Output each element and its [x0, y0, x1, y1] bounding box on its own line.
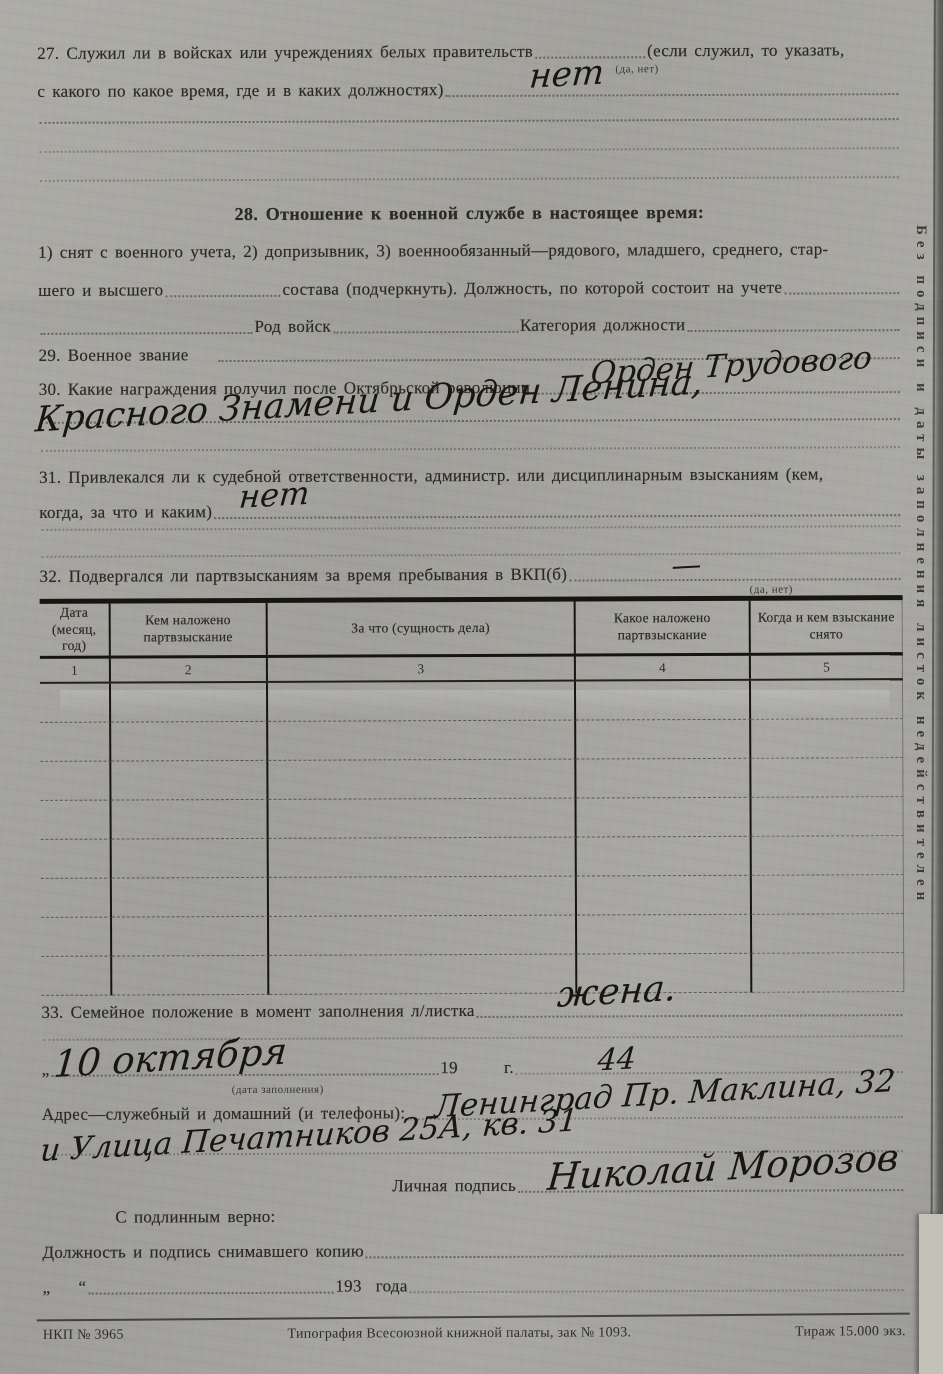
- question-28-line3: Род войск Категория должности: [38, 314, 901, 338]
- q32-hint-da-net: (да, нет): [750, 584, 793, 596]
- table-cell: [752, 875, 904, 915]
- table-cell: [41, 840, 112, 879]
- table-cell: [577, 837, 752, 877]
- blank-line: [687, 329, 899, 332]
- col-number: 5: [751, 655, 903, 679]
- open-quote: „: [42, 1060, 50, 1080]
- q27-text: 27. Служил ли в войсках или учреждениях …: [37, 42, 533, 64]
- scanned-form-page: 27. Служил ли в войсках или учреждениях …: [0, 0, 943, 1374]
- certified-label: С подлинным верно:: [115, 1207, 275, 1228]
- table-cell: [751, 719, 903, 759]
- page-edge-paper: [919, 1214, 943, 1374]
- question-31-line1: 31. Привлекался ли к судебной ответствен…: [39, 464, 902, 488]
- table-cell: [269, 916, 577, 956]
- blank-line: [41, 525, 900, 531]
- blank-line: [41, 552, 900, 558]
- table-cell: [41, 957, 112, 996]
- blank-line: [88, 1292, 333, 1295]
- table-cell: [751, 758, 903, 798]
- year-printed-prefix: 19: [440, 1058, 458, 1078]
- certified-row: С подлинным верно:: [115, 1204, 905, 1227]
- table-cell: [41, 918, 112, 957]
- blank-line: [40, 332, 252, 335]
- q30-handwritten-line2: Красного Знамени и Орден Ленина,: [34, 365, 704, 438]
- q33-label: 33. Семейное положение в момент заполнен…: [41, 1001, 474, 1023]
- table-number-row: 1 2 3 4 5: [40, 655, 903, 684]
- table-cell: [112, 956, 269, 996]
- table-cell: [577, 876, 752, 916]
- question-28-line1: 1) снят с военного учета, 2) допризывник…: [38, 239, 901, 263]
- q28-heading-text: 28. Отношение к военной службе в настоящ…: [235, 202, 705, 225]
- table-cell: [111, 683, 268, 723]
- table-row: [41, 836, 904, 879]
- table-cell: [577, 915, 752, 955]
- blank-line: [446, 93, 899, 97]
- table-cell: [268, 838, 576, 878]
- table-header-reason: За что (сущность дела): [267, 602, 575, 655]
- question-27-line1: 27. Служил ли в войсках или учреждениях …: [37, 40, 900, 64]
- table-cell: [268, 682, 576, 722]
- fill-date-caption: (дата заполнения): [232, 1084, 324, 1096]
- table-cell: [40, 801, 111, 840]
- q28-rod-voysk-label: Род войск: [254, 317, 331, 337]
- q27-text2: с какого по какое время, где и в каких д…: [37, 80, 443, 102]
- table-row: [40, 719, 903, 762]
- table-cell: [40, 684, 111, 723]
- table-cell: [41, 879, 112, 918]
- table-cell: [268, 721, 576, 761]
- q31-handwritten-answer: нет: [238, 477, 311, 513]
- table-cell: [752, 836, 904, 876]
- table-row: [41, 953, 904, 996]
- table-header-row: Дата (месяц, год) Кем наложено партвзыск…: [40, 600, 903, 659]
- table-cell: [752, 914, 904, 954]
- col-number: 4: [576, 656, 751, 680]
- empty-ruled-line: [38, 147, 901, 156]
- party-penalties-table: Дата (месяц, год) Кем наложено партвзыск…: [40, 595, 905, 996]
- q27-handwritten-answer: нет: [528, 55, 605, 93]
- table-header-imposed-by: Кем наложено партвзыскание: [110, 603, 267, 656]
- footer-printing-house: Типография Всесоюзной книжной палаты, за…: [124, 1325, 795, 1344]
- blank-line: [569, 578, 900, 581]
- year-suffix: г.: [504, 1058, 514, 1078]
- table-cell: [752, 797, 904, 837]
- copy-date-row: „ “ 193 года: [43, 1274, 906, 1298]
- table-cell: [40, 762, 111, 801]
- q28-line2-start: шего и высшего: [38, 280, 163, 301]
- table-cell: [576, 759, 751, 799]
- blank-line: [214, 514, 900, 519]
- blank-line: [477, 1014, 903, 1018]
- q27-hint-da-net: (да, нет): [615, 63, 658, 75]
- table-row: [40, 797, 903, 840]
- table-header-penalty: Какое наложено партвзыскание: [576, 601, 751, 654]
- copyist-row: Должность и подпись снимавшего копию: [42, 1239, 905, 1263]
- blank-line: [40, 176, 899, 182]
- blank-line: [784, 292, 899, 295]
- q28-line2-mid: состава (подчеркнуть). Должность, по кот…: [282, 278, 782, 300]
- table-cell: [111, 800, 268, 840]
- question-31-line2: когда, за что и каким): [39, 499, 902, 523]
- table-cell: [111, 761, 268, 801]
- q31-line1-text: 31. Привлекался ли к судебной ответствен…: [39, 464, 823, 487]
- table-row: [41, 914, 904, 957]
- empty-ruled-line: [39, 525, 902, 534]
- q32-label: 32. Подвергался ли партвзысканиям за вре…: [39, 565, 567, 587]
- footer-print-run: Тираж 15.000 экз.: [795, 1324, 906, 1340]
- table-row: [40, 680, 903, 723]
- blank-line: [40, 147, 899, 153]
- form-content: 27. Служил ли в войсках или учреждениях …: [0, 0, 943, 1374]
- scan-edge-shadow: [933, 0, 943, 1374]
- q27-text-tail: (если служил, то указать,: [647, 40, 844, 61]
- table-cell: [112, 878, 269, 918]
- blank-line: [366, 1254, 904, 1258]
- margin-validity-note: Без подписи и даты заполнения листок нед…: [912, 225, 929, 1145]
- table-cell: [576, 720, 751, 760]
- table-cell: [40, 723, 111, 762]
- copy-year-word: года: [376, 1276, 408, 1296]
- open-quote: „: [43, 1278, 51, 1298]
- table-cell: [268, 799, 576, 839]
- blank-line: [41, 446, 900, 452]
- table-header-lifted: Когда и кем взыскание снято: [751, 600, 903, 653]
- table-row: [40, 758, 903, 801]
- footer: НКП № 3965 Типография Всесоюзной книжной…: [43, 1324, 906, 1344]
- table-cell: [269, 955, 577, 995]
- table-cell: [751, 680, 903, 720]
- empty-ruled-line: [38, 118, 901, 127]
- blank-line: [333, 331, 518, 334]
- col-number: 2: [111, 658, 268, 682]
- copyist-label: Должность и подпись снимавшего копию: [42, 1241, 364, 1262]
- table-cell: [576, 798, 751, 838]
- q32-handwritten-dash: —: [670, 550, 702, 582]
- blank-line: [165, 295, 280, 298]
- table-row: [41, 875, 904, 918]
- question-33: 33. Семейное положение в момент заполнен…: [41, 999, 904, 1023]
- q31-line2-text: когда, за что и каким): [39, 502, 212, 523]
- close-quote: “: [78, 1278, 86, 1298]
- col-number: 1: [40, 659, 111, 682]
- signature-label: Личная подпись: [392, 1176, 516, 1197]
- q29-label: 29. Военное звание: [39, 345, 189, 366]
- q28-line1-text: 1) снят с военного учета, 2) допризывник…: [38, 239, 828, 262]
- empty-ruled-line: [39, 446, 902, 455]
- q33-handwritten-answer: жена.: [556, 971, 678, 1014]
- table-body: [40, 680, 904, 996]
- empty-ruled-line: [39, 552, 902, 561]
- footer-rule: [37, 1313, 910, 1322]
- copy-year-printed: 193: [335, 1276, 361, 1296]
- col-number: 3: [268, 657, 576, 681]
- table-cell: [752, 953, 904, 993]
- blank-line: [40, 118, 899, 124]
- table-cell: [269, 877, 577, 917]
- table-cell: [111, 722, 268, 762]
- table-cell: [268, 760, 576, 800]
- question-27-line2: с какого по какое время, где и в каких д…: [37, 78, 900, 102]
- table-header-date: Дата (месяц, год): [40, 604, 111, 656]
- table-cell: [576, 681, 751, 721]
- table-cell: [112, 917, 269, 957]
- footer-form-number: НКП № 3965: [43, 1328, 124, 1344]
- blank-line: [410, 1289, 904, 1293]
- question-28-line2: шего и высшего состава (подчеркнуть). До…: [38, 277, 901, 301]
- empty-ruled-line: [38, 176, 901, 185]
- question-28-heading: 28. Отношение к военной службе в настоящ…: [38, 201, 901, 226]
- q28-kategoriya-label: Категория должности: [520, 315, 685, 336]
- fill-year-handwritten: 44: [596, 1044, 637, 1076]
- table-cell: [111, 839, 268, 879]
